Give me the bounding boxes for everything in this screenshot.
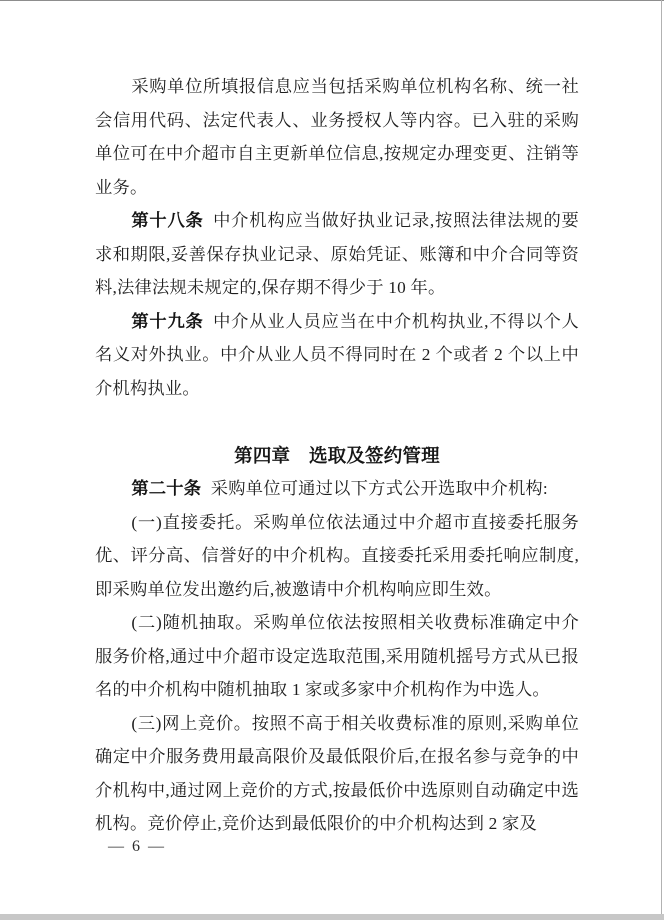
paragraph-text: 采购单位所填报信息应当包括采购单位机构名称、统一社会信用代码、法定代表人、业务授… — [95, 77, 579, 197]
article-number: 第十九条 — [131, 312, 203, 331]
paragraph-text: (二)随机抽取。采购单位依法按照相关收费标准确定中介服务价格,通过中介超市设定选… — [95, 613, 579, 699]
scan-edge-right — [661, 0, 662, 920]
paragraph-text: (一)直接委托。采购单位依法通过中介超市直接委托服务优、评分高、信誉好的中介机构… — [95, 513, 579, 599]
body-paragraph: 第二十条采购单位可通过以下方式公开选取中介机构: — [95, 472, 579, 506]
scan-edge-top — [0, 0, 664, 1]
body-paragraph: 第十九条中介从业人员应当在中介机构执业,不得以个人名义对外执业。中介从业人员不得… — [95, 305, 579, 406]
page-number: — 6 — — [108, 835, 166, 859]
chapter-heading: 第四章 选取及签约管理 — [95, 439, 579, 473]
paragraph-text: (三)网上竞价。按照不高于相关收费标准的原则,采购单位确定中介服务费用最高限价及… — [95, 714, 579, 834]
article-number: 第二十条 — [131, 479, 201, 498]
body-paragraph: (二)随机抽取。采购单位依法按照相关收费标准确定中介服务价格,通过中介超市设定选… — [95, 606, 579, 707]
paragraph-text: 采购单位可通过以下方式公开选取中介机构: — [211, 479, 548, 498]
scan-edge-bottom — [0, 914, 664, 920]
body-paragraph: 第十八条中介机构应当做好执业记录,按照法律法规的要求和期限,妥善保存执业记录、原… — [95, 204, 579, 305]
body-paragraph: (一)直接委托。采购单位依法通过中介超市直接委托服务优、评分高、信誉好的中介机构… — [95, 506, 579, 607]
document-body: 采购单位所填报信息应当包括采购单位机构名称、统一社会信用代码、法定代表人、业务授… — [95, 70, 579, 841]
body-paragraph: (三)网上竞价。按照不高于相关收费标准的原则,采购单位确定中介服务费用最高限价及… — [95, 707, 579, 841]
body-paragraph: 采购单位所填报信息应当包括采购单位机构名称、统一社会信用代码、法定代表人、业务授… — [95, 70, 579, 204]
article-number: 第十八条 — [131, 211, 203, 230]
